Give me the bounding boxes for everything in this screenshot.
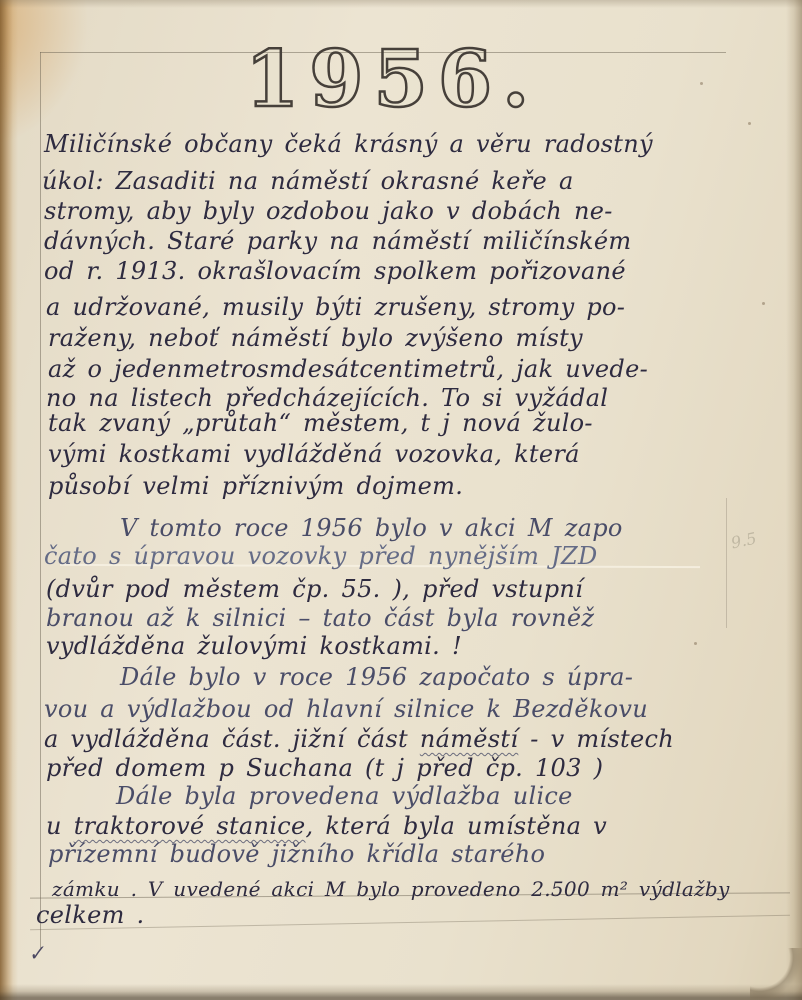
pencil-margin-note: 9.5 [729, 529, 758, 553]
line-segment: u [46, 812, 74, 840]
handwritten-line: V tomto roce 1956 bylo v akci M zapo [120, 513, 623, 543]
page-edge-top [0, 0, 802, 8]
chronicle-page: 1956. Miličínské občany čeká krásný a vě… [0, 0, 802, 1000]
handwritten-line: (dvůr pod městem čp. 55. ), před vstupní [46, 574, 583, 604]
dust-speck [694, 642, 697, 645]
pencil-rule-left-margin [40, 52, 41, 948]
dust-speck [748, 122, 751, 125]
handwritten-line: celkem . [36, 900, 144, 930]
handwritten-line: tak zvaný „průtah“ městem, t j nová žulo… [48, 408, 593, 438]
handwritten-line: vydlážděna žulovými kostkami. ! [46, 631, 462, 661]
handwritten-line: úkol: Zasaditi na náměstí okrasné keře a [42, 166, 574, 196]
handwritten-line: Dále bylo v roce 1956 započato s úpra- [120, 662, 633, 692]
line-segment: , která byla umístěna v [306, 812, 608, 840]
handwritten-line: stromy, aby byly ozdobou jako v dobách n… [44, 196, 613, 226]
dust-speck [700, 82, 703, 85]
handwritten-line: vými kostkami vydlážděná vozovka, která [48, 439, 580, 469]
handwritten-line: a udržované, musily býti zrušeny, stromy… [46, 292, 625, 322]
handwritten-line: branou až k silnici – tato část byla rov… [46, 603, 594, 633]
year-title: 1956. [245, 34, 539, 125]
handwritten-line: působí velmi příznivým dojmem. [48, 471, 463, 501]
page-edge-left [0, 0, 18, 1000]
handwritten-line: a vydlážděna část. jižní část náměstí - … [44, 724, 674, 754]
line-segment: a vydlážděna část. jižní část [44, 725, 420, 753]
paper-crease-vertical [726, 498, 727, 628]
page-corner-bottom-right [750, 948, 802, 1000]
handwritten-line: dávných. Staré parky na náměstí miličíns… [44, 226, 631, 256]
page-edge-bottom [0, 984, 802, 1000]
handwritten-line: u traktorové stanice, která byla umístěn… [46, 811, 607, 841]
handwritten-line: přízemní budově jižního křídla starého [48, 839, 545, 869]
handwritten-line: až o jedenmetrosmdesátcentimetrů, jak uv… [48, 354, 648, 384]
handwritten-line: čato s úpravou vozovky před nynějším JZD [44, 541, 598, 571]
handwritten-line: zámku . V uvedené akci M bylo provedeno … [52, 874, 730, 904]
dust-speck [762, 302, 765, 305]
handwritten-line: od r. 1913. okrašlovacím spolkem pořizov… [44, 256, 626, 286]
page-edge-right [786, 0, 802, 1000]
handwritten-line: Dále byla provedena výdlažba ulice [116, 781, 573, 811]
handwritten-line: raženy, neboť náměstí bylo zvýšeno místy [48, 323, 583, 353]
handwritten-line: před domem p Suchana (t j před čp. 103 ) [46, 753, 603, 783]
line-segment: - v místech [518, 725, 674, 753]
underlined-phrase: traktorové stanice [74, 812, 306, 840]
handwritten-line: Miličínské občany čeká krásný a věru rad… [44, 129, 653, 159]
underlined-word: náměstí [420, 725, 518, 753]
handwritten-line: vou a výdlažbou od hlavní silnice k Bezd… [44, 694, 648, 724]
check-mark: ✓ [26, 940, 46, 966]
